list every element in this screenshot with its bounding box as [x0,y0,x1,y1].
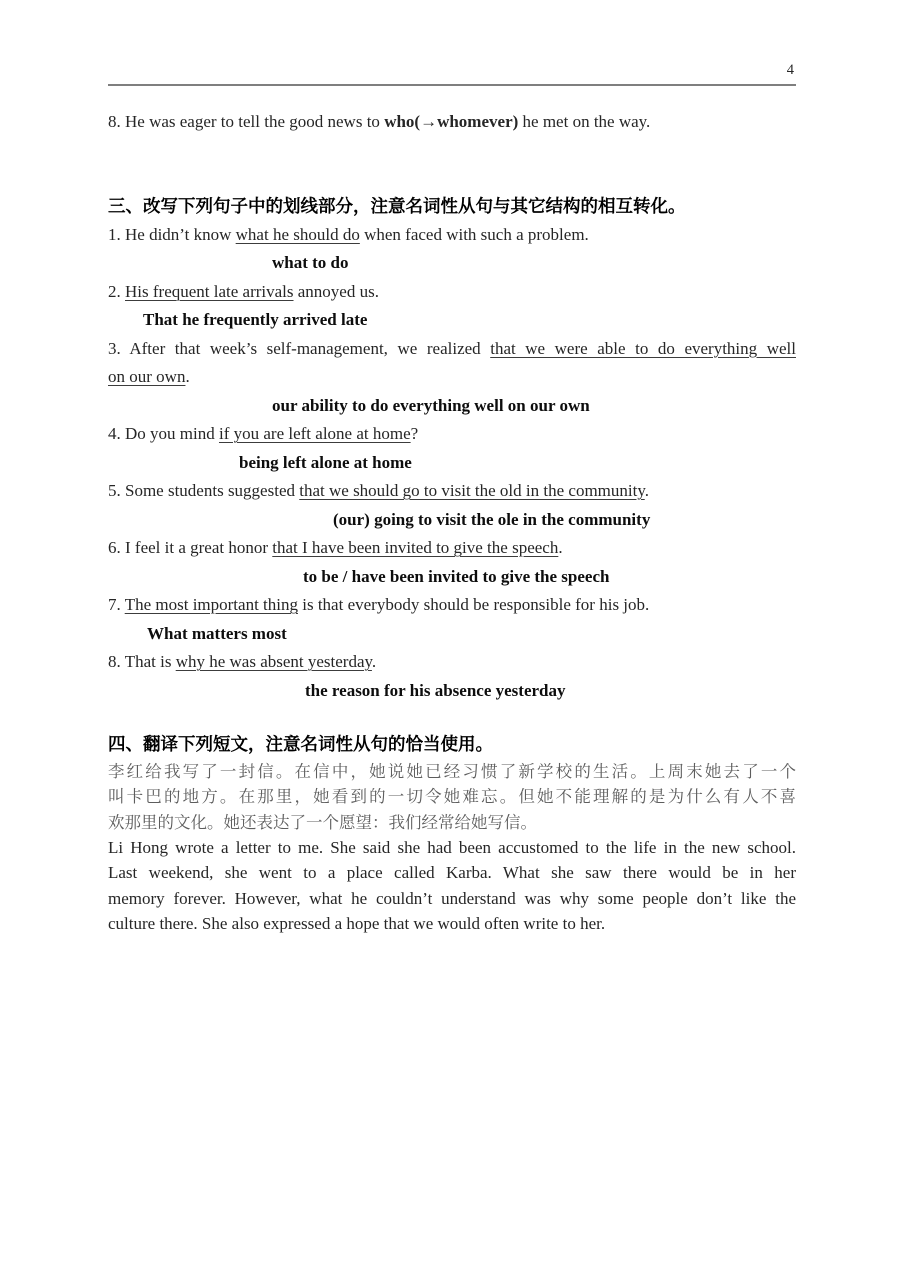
text-run: That he frequently arrived late [143,310,367,329]
underlined-text: why he was absent yesterday [176,652,372,671]
s3-answer-4: being left alone at home [239,449,796,478]
text-run: 8. He was eager to tell the good news to [108,112,384,131]
text-run: being left alone at home [239,453,412,472]
underlined-text: that we were able to do everything well [490,339,796,358]
s3-item-3-line-2: on our own. [108,363,796,392]
section-4-heading: 四、翻译下列短文，注意名词性从句的恰当使用。 [108,729,796,759]
text-run: 5. Some students suggested [108,481,299,500]
text-run: 6. I feel it a great honor [108,538,272,557]
text-run: (our) going to visit the ole in the comm… [333,510,650,529]
s4-english-line-4: culture there. She also expressed a hope… [108,911,796,936]
text-run: culture there. She also expressed a hope… [108,914,605,933]
text-run: what to do [272,253,349,272]
s3-answer-1: what to do [272,249,796,278]
s4-english-line-3: memory forever. However, what he couldn’… [108,886,796,911]
underlined-text: that I have been invited to give the spe… [272,538,558,557]
s3-answer-3: our ability to do everything well on our… [272,392,796,421]
text-run: 2. [108,282,125,301]
text-run: 8. That is [108,652,176,671]
text-run: the reason for his absence yesterday [305,681,566,700]
s3-item-4: 4. Do you mind if you are left alone at … [108,420,796,449]
text-run: is that everybody should be responsible … [298,595,649,614]
text-run: 叫卡巴的地方。在那里，她看到的一切令她难忘。但她不能理解的是为什么有人不喜 [108,787,796,806]
s3-answer-7: What matters most [147,620,796,649]
s4-chinese-line-3: 欢那里的文化。她还表达了一个愿望：我们经常给她写信。 [108,810,796,835]
section-3-heading: 三、改写下列句子中的划线部分，注意名词性从句与其它结构的相互转化。 [108,191,796,221]
prev-item-8: 8. He was eager to tell the good news to… [108,108,796,137]
text-run: . [558,538,562,557]
text-run: . [185,367,189,386]
text-run: 1. He didn’t know [108,225,236,244]
s3-item-3-line-1: 3. After that week’s self-management, we… [108,335,796,364]
text-run: memory forever. However, what he couldn’… [108,889,796,908]
text-run: 四、翻译下列短文，注意名词性从句的恰当使用。 [108,734,493,754]
s4-chinese-line-2: 叫卡巴的地方。在那里，她看到的一切令她难忘。但她不能理解的是为什么有人不喜 [108,784,796,809]
text-run: What matters most [147,624,287,643]
s4-chinese-line-1: 李红给我写了一封信。在信中，她说她已经习惯了新学校的生活。上周末她去了一个 [108,759,796,784]
underlined-text: that we should go to visit the old in th… [299,481,644,500]
s3-answer-6: to be / have been invited to give the sp… [303,563,796,592]
s3-item-1: 1. He didn’t know what he should do when… [108,221,796,250]
s4-english-line-2: Last weekend, she went to a place called… [108,860,796,885]
s4-english-line-1: Li Hong wrote a letter to me. She said s… [108,835,796,860]
s3-answer-5: (our) going to visit the ole in the comm… [333,506,796,535]
text-run: he met on the way. [518,112,650,131]
text-run: our ability to do everything well on our… [272,396,590,415]
underlined-text: on our own [108,367,185,386]
text-run: 4. Do you mind [108,424,219,443]
text-run: . [372,652,376,671]
underlined-text: what he should do [236,225,360,244]
s3-item-5: 5. Some students suggested that we shoul… [108,477,796,506]
document-page: 4 8. He was eager to tell the good news … [0,0,904,1280]
underlined-text: The most important thing [125,595,298,614]
document-content: 8. He was eager to tell the good news to… [108,108,796,937]
text-run: 欢那里的文化。她还表达了一个愿望：我们经常给她写信。 [108,813,537,832]
s3-item-6: 6. I feel it a great honor that I have b… [108,534,796,563]
text-run: Last weekend, she went to a place called… [108,863,796,882]
s3-answer-2: That he frequently arrived late [143,306,796,335]
text-run: 3. After that week’s self-management, we… [108,339,490,358]
text-run: 三、改写下列句子中的划线部分，注意名词性从句与其它结构的相互转化。 [108,196,686,216]
text-run: when faced with such a problem. [360,225,589,244]
s3-item-2: 2. His frequent late arrivals annoyed us… [108,278,796,307]
underlined-text: His frequent late arrivals [125,282,294,301]
text-run: Li Hong wrote a letter to me. She said s… [108,838,796,857]
bold-text: who(→whomever) [384,112,518,131]
text-run: . [645,481,649,500]
page-number: 4 [787,61,794,80]
text-run: 李红给我写了一封信。在信中，她说她已经习惯了新学校的生活。上周末她去了一个 [108,762,796,781]
text-run: ? [411,424,419,443]
underlined-text: if you are left alone at home [219,424,411,443]
text-run: annoyed us. [294,282,379,301]
text-run: to be / have been invited to give the sp… [303,567,609,586]
s3-answer-8: the reason for his absence yesterday [305,677,796,706]
text-run: 7. [108,595,125,614]
s3-item-8: 8. That is why he was absent yesterday. [108,648,796,677]
header-rule [108,84,796,86]
s3-item-7: 7. The most important thing is that ever… [108,591,796,620]
